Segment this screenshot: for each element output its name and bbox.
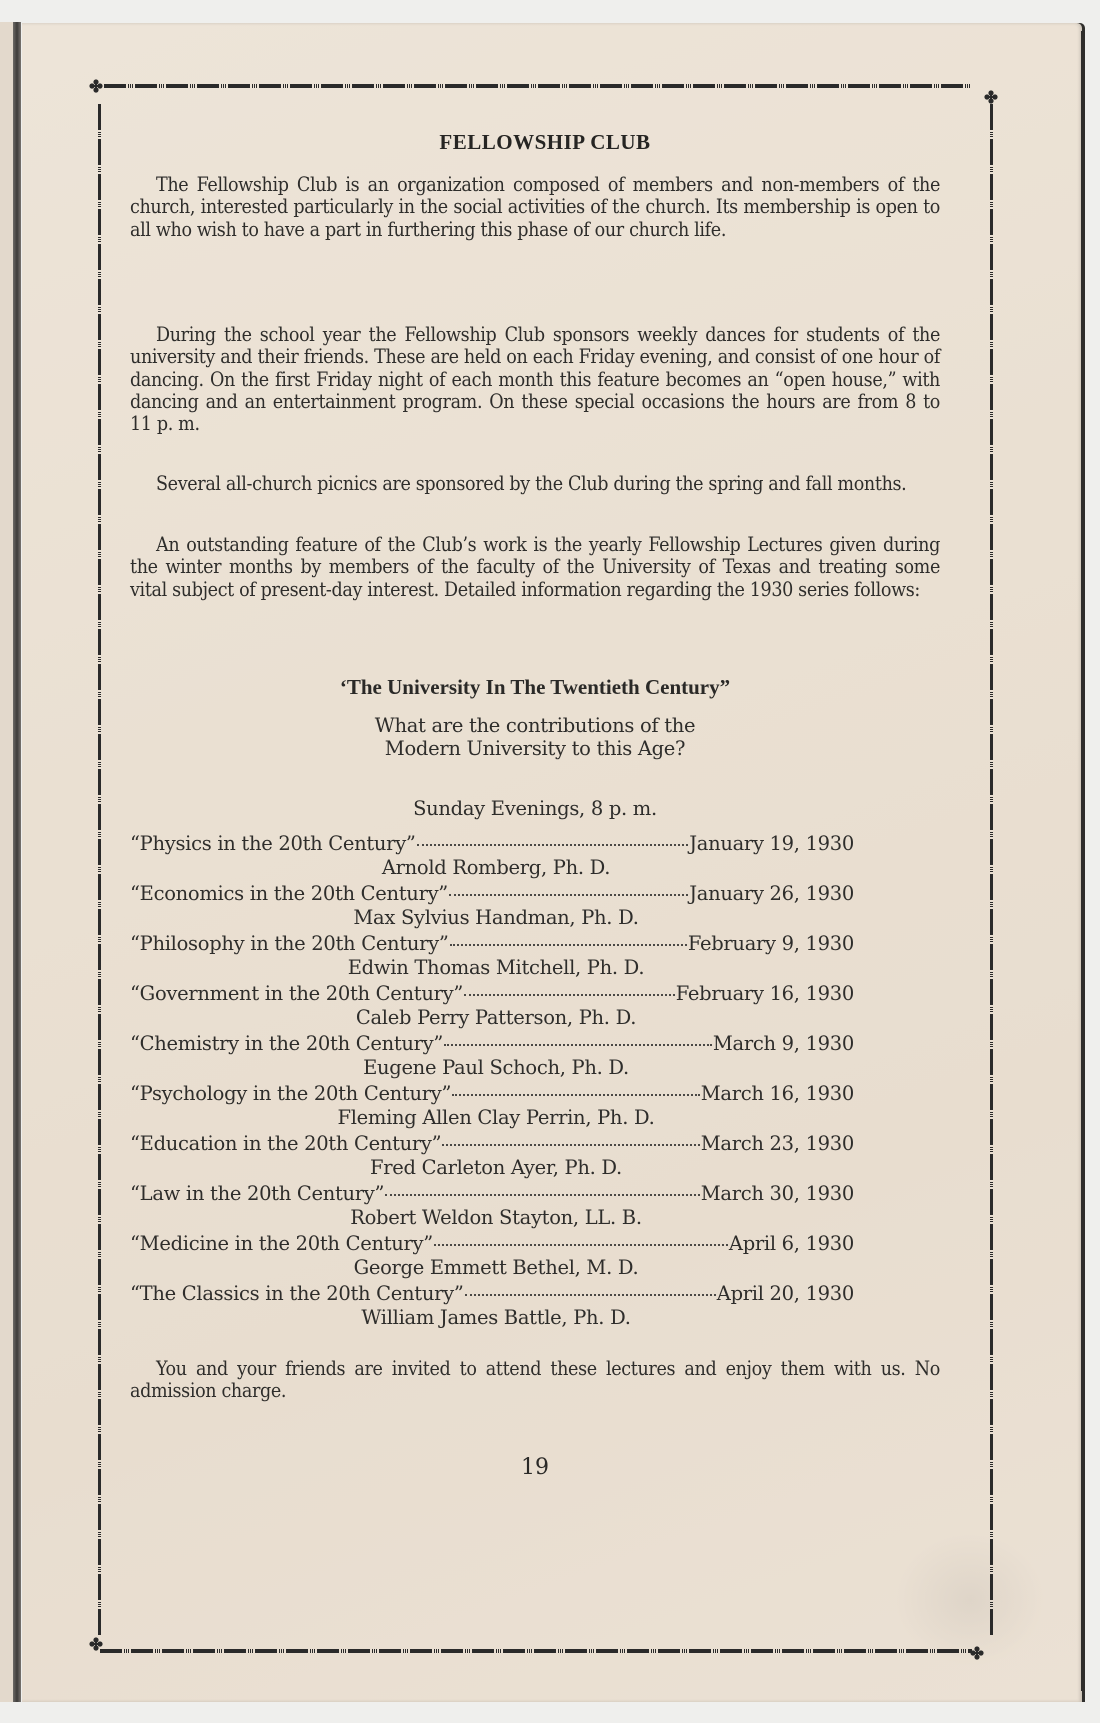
lecture-topic: “Economics in the 20th Century” [130, 882, 448, 906]
dot-leader [465, 1294, 716, 1296]
lecture-speaker: William James Battle, Ph. D. [130, 1306, 854, 1330]
dot-leader [385, 1194, 700, 1196]
lecture-speaker: Fleming Allen Clay Perrin, Ph. D. [130, 1106, 854, 1130]
lecture-date: March 30, 1930 [701, 1182, 854, 1206]
lecture-item: “The Classics in the 20th Century”April … [130, 1282, 854, 1332]
lecture-topic: “Medicine in the 20th Century” [130, 1232, 433, 1256]
border-left-rule [98, 104, 101, 1636]
lecture-topic: “Government in the 20th Century” [130, 982, 463, 1006]
lecture-topic: “Education in the 20th Century” [130, 1132, 441, 1156]
lecture-date: March 9, 1930 [713, 1032, 854, 1056]
dot-leader [417, 844, 689, 846]
lecture-topic: “Philosophy in the 20th Century” [130, 932, 449, 956]
dot-leader [434, 1244, 728, 1246]
lecture-item: “Psychology in the 20th Century”March 16… [130, 1082, 854, 1132]
picnics-paragraph: Several all-church picnics are sponsored… [130, 473, 940, 495]
lecture-item: “Government in the 20th Century”February… [130, 982, 854, 1032]
lecture-speaker: Max Sylvius Handman, Ph. D. [130, 906, 854, 930]
border-bottom-rule [100, 1649, 972, 1653]
border-top-rule [104, 84, 970, 88]
series-question-line: What are the contributions of the [130, 715, 940, 738]
lecture-item: “Law in the 20th Century”March 30, 1930 … [130, 1182, 854, 1232]
dot-leader [442, 1144, 699, 1146]
paragraph-text: You and your friends are invited to atte… [130, 1357, 940, 1402]
page-title: FELLOWSHIP CLUB [130, 130, 960, 155]
intro-paragraph: The Fellowship Club is an organization c… [130, 174, 940, 241]
paragraph-text: An outstanding feature of the Club’s wor… [130, 533, 940, 601]
corner-ornament-icon [89, 79, 103, 93]
lecture-date: January 19, 1930 [689, 832, 854, 856]
paragraph-text: Several all-church picnics are sponsored… [156, 472, 906, 495]
series-schedule: Sunday Evenings, 8 p. m. [130, 797, 940, 820]
lecture-list: “Physics in the 20th Century”January 19,… [130, 832, 854, 1332]
lecture-date: March 16, 1930 [701, 1082, 854, 1106]
dot-leader [450, 944, 687, 946]
series-title: ‘The University In The Twentieth Century… [130, 675, 940, 700]
closing-paragraph: You and your friends are invited to atte… [130, 1358, 940, 1403]
booklet-spine [13, 22, 21, 1702]
lecture-topic: “Physics in the 20th Century” [130, 832, 416, 856]
dot-leader [444, 1044, 712, 1046]
scanned-page: FELLOWSHIP CLUB The Fellowship Club is a… [0, 0, 1100, 1723]
lecture-speaker: Arnold Romberg, Ph. D. [130, 856, 854, 880]
lecture-item: “Economics in the 20th Century”January 2… [130, 882, 854, 932]
lectures-paragraph: An outstanding feature of the Club’s wor… [130, 534, 940, 601]
series-question: What are the contributions of the Modern… [130, 715, 940, 760]
paragraph-text: During the school year the Fellowship Cl… [130, 323, 940, 435]
dot-leader [464, 994, 675, 996]
page-number: 19 [130, 1455, 940, 1480]
dot-leader [452, 1094, 700, 1096]
corner-ornament-icon [984, 90, 998, 104]
lecture-item: “Education in the 20th Century”March 23,… [130, 1132, 854, 1182]
corner-ornament-icon [970, 1646, 984, 1660]
lecture-speaker: Robert Weldon Stayton, LL. B. [130, 1206, 854, 1230]
lecture-date: February 16, 1930 [676, 982, 854, 1006]
lecture-topic: “The Classics in the 20th Century” [130, 1282, 464, 1306]
lecture-speaker: Eugene Paul Schoch, Ph. D. [130, 1056, 854, 1080]
lecture-date: April 6, 1930 [729, 1232, 854, 1256]
border-right-rule [990, 104, 993, 1636]
dot-leader [449, 894, 688, 896]
lecture-topic: “Chemistry in the 20th Century” [130, 1032, 443, 1056]
paragraph-text: The Fellowship Club is an organization c… [130, 173, 940, 241]
page-edge [1081, 31, 1085, 1691]
lecture-item: “Medicine in the 20th Century”April 6, 1… [130, 1232, 854, 1282]
lecture-speaker: George Emmett Bethel, M. D. [130, 1256, 854, 1280]
lecture-date: March 23, 1930 [701, 1132, 854, 1156]
lecture-date: January 26, 1930 [689, 882, 854, 906]
lecture-date: April 20, 1930 [717, 1282, 854, 1306]
dances-paragraph: During the school year the Fellowship Cl… [130, 324, 940, 435]
lecture-speaker: Caleb Perry Patterson, Ph. D. [130, 1006, 854, 1030]
series-question-line: Modern University to this Age? [130, 738, 940, 761]
lecture-speaker: Edwin Thomas Mitchell, Ph. D. [130, 956, 854, 980]
lecture-item: “Physics in the 20th Century”January 19,… [130, 832, 854, 882]
lecture-speaker: Fred Carleton Ayer, Ph. D. [130, 1156, 854, 1180]
corner-ornament-icon [89, 1637, 103, 1651]
lecture-item: “Chemistry in the 20th Century”March 9, … [130, 1032, 854, 1082]
lecture-date: February 9, 1930 [688, 932, 854, 956]
lecture-topic: “Law in the 20th Century” [130, 1182, 384, 1206]
lecture-item: “Philosophy in the 20th Century”February… [130, 932, 854, 982]
lecture-topic: “Psychology in the 20th Century” [130, 1082, 451, 1106]
